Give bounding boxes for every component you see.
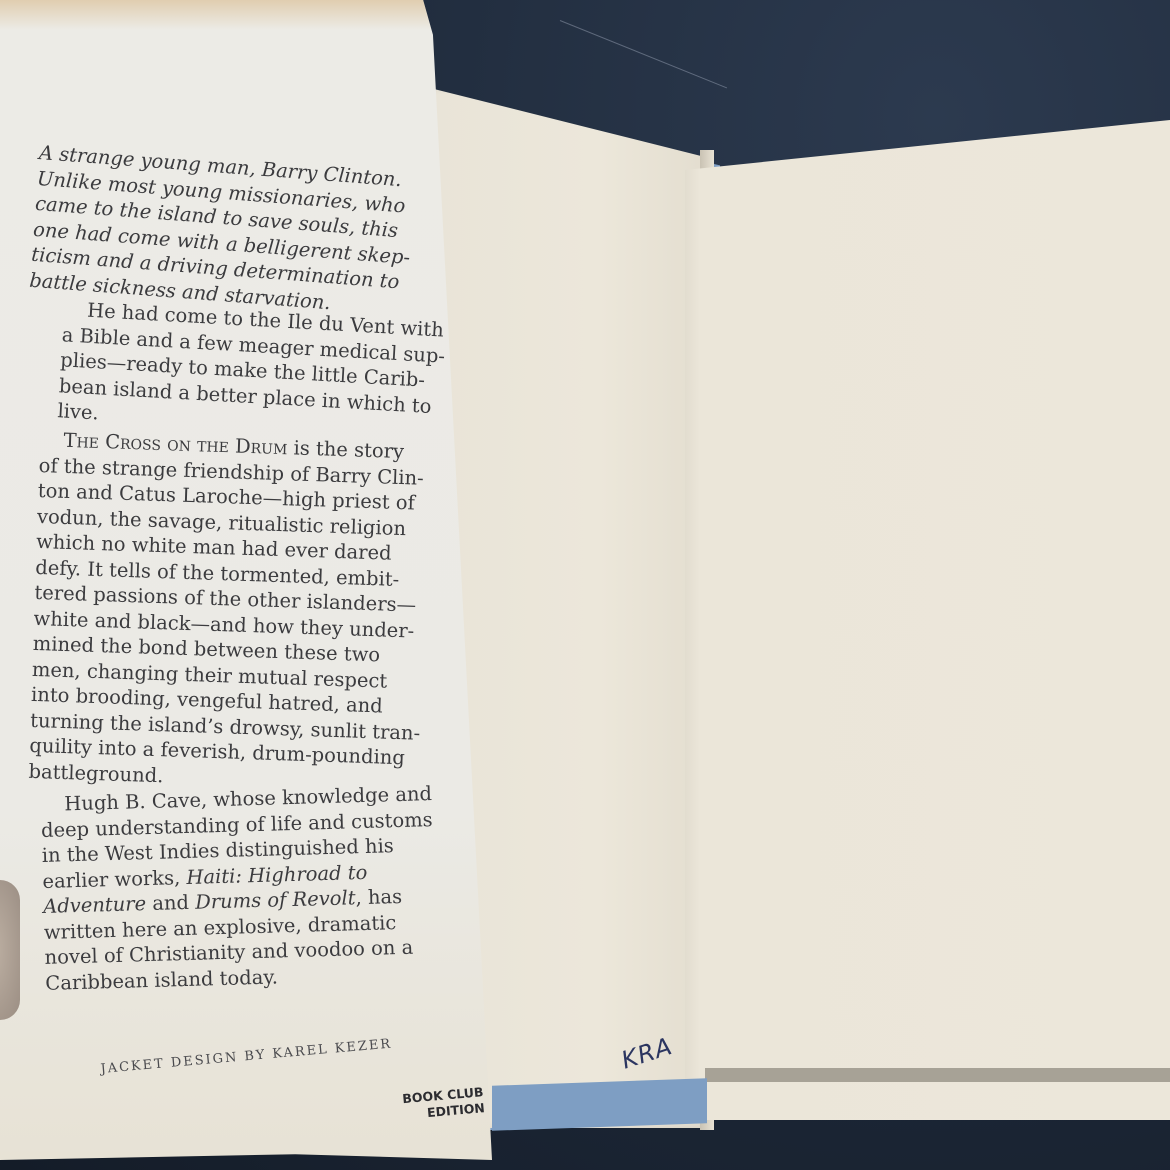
blurb-paragraph-1: A strange young man, Barry Clinton. Unli… xyxy=(29,140,409,320)
blurb-line: and xyxy=(146,890,196,914)
blurb-line: , has xyxy=(355,884,402,908)
book-club-edition-label: BOOK CLUB EDITION xyxy=(393,1084,485,1124)
blurb-line: earlier works, xyxy=(42,865,187,892)
blurb-paragraph-2: He had come to the Ile du Vent with a Bi… xyxy=(33,295,410,443)
work-title: Drums of Revolt xyxy=(195,886,356,913)
age-stain xyxy=(0,0,492,30)
work-title: Adventure xyxy=(43,892,147,918)
surface-scratch xyxy=(560,20,727,88)
board-bottom-edge xyxy=(492,1078,707,1131)
flap-blurb: A strange young man, Barry Clinton. Unli… xyxy=(40,140,410,996)
blurb-paragraph-4: Hugh B. Cave, whose knowledge and deep u… xyxy=(40,781,416,995)
page-bottom-edge xyxy=(705,1068,1170,1082)
blurb-line: is the story xyxy=(287,436,404,463)
right-endpaper-page xyxy=(670,120,1170,1120)
blurb-paragraph-3: The Cross on the Drum is the story of th… xyxy=(28,427,410,796)
work-title: Haiti: Highroad to xyxy=(186,860,368,888)
jacket-design-credit: Jacket design by Karel Kezer xyxy=(100,1037,393,1077)
thumb xyxy=(0,880,20,1020)
jacket-flap: A strange young man, Barry Clinton. Unli… xyxy=(0,0,492,1160)
